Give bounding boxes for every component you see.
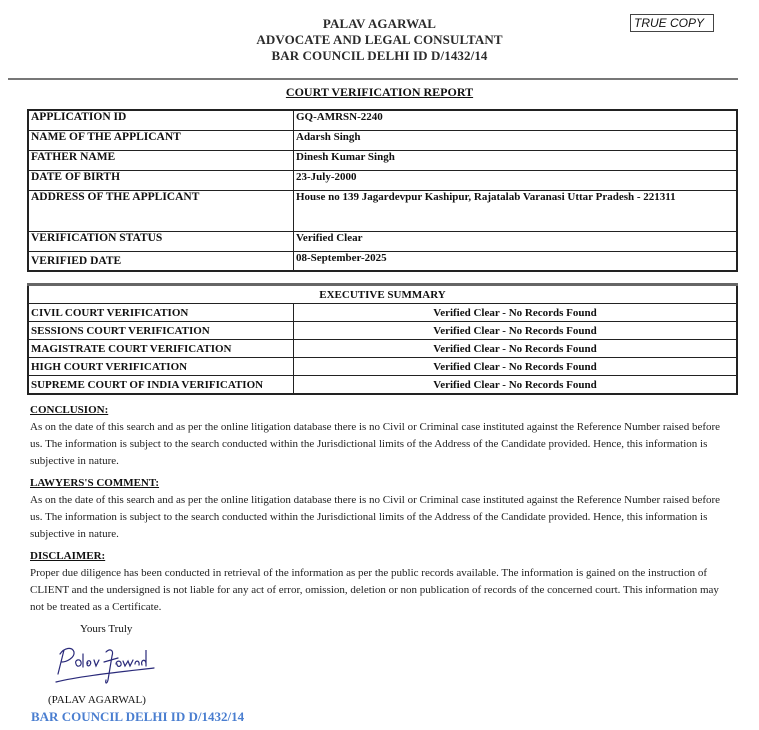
- verification-status-label: VERIFICATION STATUS: [28, 231, 294, 251]
- table-row: SESSIONS COURT VERIFICATION Verified Cle…: [28, 322, 737, 340]
- father-name-label: FATHER NAME: [28, 150, 294, 170]
- signature-image: [50, 640, 160, 690]
- high-court-result: Verified Clear - No Records Found: [294, 358, 738, 376]
- applicant-info-table: APPLICATION ID GQ-AMRSN-2240 NAME OF THE…: [27, 109, 738, 272]
- table-row: CIVIL COURT VERIFICATION Verified Clear …: [28, 304, 737, 322]
- verification-status-value: Verified Clear: [294, 231, 738, 251]
- address-value: House no 139 Jagardevpur Kashipur, Rajat…: [294, 190, 738, 231]
- table-header-row: EXECUTIVE SUMMARY: [28, 285, 737, 304]
- civil-court-result: Verified Clear - No Records Found: [294, 304, 738, 322]
- address-label: ADDRESS OF THE APPLICANT: [28, 190, 294, 231]
- civil-court-label: CIVIL COURT VERIFICATION: [28, 304, 294, 322]
- advocate-designation: ADVOCATE AND LEGAL CONSULTANT: [0, 32, 759, 48]
- table-row: NAME OF THE APPLICANT Adarsh Singh: [28, 130, 737, 150]
- supreme-court-label: SUPREME COURT OF INDIA VERIFICATION: [28, 376, 294, 395]
- dob-value: 23-July-2000: [294, 170, 738, 190]
- disclaimer-text: Proper due diligence has been conducted …: [30, 565, 730, 616]
- applicant-name-value: Adarsh Singh: [294, 130, 738, 150]
- verified-date-value: 08-September-2025: [294, 251, 738, 271]
- table-row: FATHER NAME Dinesh Kumar Singh: [28, 150, 737, 170]
- true-copy-stamp: TRUE COPY: [630, 14, 714, 32]
- closing-salutation: Yours Truly: [80, 623, 132, 635]
- conclusion-text: As on the date of this search and as per…: [30, 419, 730, 470]
- table-row: DATE OF BIRTH 23-July-2000: [28, 170, 737, 190]
- father-name-value: Dinesh Kumar Singh: [294, 150, 738, 170]
- table-row: SUPREME COURT OF INDIA VERIFICATION Veri…: [28, 376, 737, 395]
- signer-name: (PALAV AGARWAL): [48, 694, 146, 706]
- header-divider: [8, 78, 738, 80]
- disclaimer-section: DISCLAIMER: Proper due diligence has bee…: [30, 548, 730, 616]
- table-row: VERIFIED DATE 08-September-2025: [28, 251, 737, 271]
- magistrate-court-label: MAGISTRATE COURT VERIFICATION: [28, 340, 294, 358]
- executive-summary-table: EXECUTIVE SUMMARY CIVIL COURT VERIFICATI…: [27, 283, 738, 395]
- signer-bar-id: BAR COUNCIL DELHI ID D/1432/14: [31, 709, 244, 725]
- sessions-court-label: SESSIONS COURT VERIFICATION: [28, 322, 294, 340]
- high-court-label: HIGH COURT VERIFICATION: [28, 358, 294, 376]
- table-row: ADDRESS OF THE APPLICANT House no 139 Ja…: [28, 190, 737, 231]
- application-id-value: GQ-AMRSN-2240: [294, 110, 738, 130]
- sessions-court-result: Verified Clear - No Records Found: [294, 322, 738, 340]
- applicant-name-label: NAME OF THE APPLICANT: [28, 130, 294, 150]
- conclusion-section: CONCLUSION: As on the date of this searc…: [30, 402, 730, 470]
- application-id-label: APPLICATION ID: [28, 110, 294, 130]
- magistrate-court-result: Verified Clear - No Records Found: [294, 340, 738, 358]
- lawyers-comment-text: As on the date of this search and as per…: [30, 492, 730, 543]
- verified-date-label: VERIFIED DATE: [28, 251, 294, 271]
- dob-label: DATE OF BIRTH: [28, 170, 294, 190]
- lawyers-comment-section: LAWYERS'S COMMENT: As on the date of thi…: [30, 475, 730, 543]
- conclusion-heading: CONCLUSION:: [30, 402, 730, 419]
- table-row: MAGISTRATE COURT VERIFICATION Verified C…: [28, 340, 737, 358]
- table-row: VERIFICATION STATUS Verified Clear: [28, 231, 737, 251]
- lawyers-comment-heading: LAWYERS'S COMMENT:: [30, 475, 730, 492]
- report-title: COURT VERIFICATION REPORT: [0, 85, 759, 100]
- disclaimer-heading: DISCLAIMER:: [30, 548, 730, 565]
- table-row: APPLICATION ID GQ-AMRSN-2240: [28, 110, 737, 130]
- supreme-court-result: Verified Clear - No Records Found: [294, 376, 738, 395]
- table-row: HIGH COURT VERIFICATION Verified Clear -…: [28, 358, 737, 376]
- executive-summary-title: EXECUTIVE SUMMARY: [28, 285, 737, 304]
- advocate-bar-id: BAR COUNCIL DELHI ID D/1432/14: [0, 48, 759, 64]
